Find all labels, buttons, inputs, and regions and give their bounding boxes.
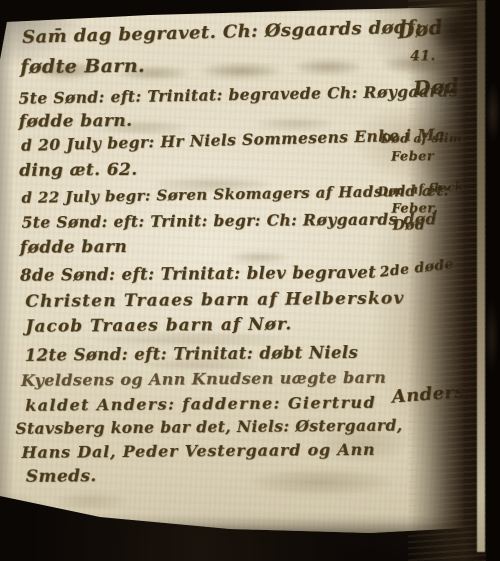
corner-stain [430, 6, 482, 56]
manuscript-line: 5te Sønd: eft: Trinitat: begravede Ch: R… [18, 81, 458, 108]
paper-bottom-shadow [0, 515, 474, 555]
manuscript-line: Stavsberg kone bar det, Niels: Østergaar… [15, 416, 402, 438]
manuscript-line: 5te Sønd: eft: Trinit: begr: Ch: Røygaar… [21, 209, 436, 232]
manuscript-line: ding æt. 62. [19, 160, 138, 181]
manuscript-line: fødde barn [20, 237, 128, 258]
handwriting-layer: Sam̄ dag begravet. Ch: Øsgaards dødf: fø… [0, 0, 476, 547]
manuscript-line: Kyeldsens og Ann Knudsen uægte barn [21, 368, 386, 390]
manuscript-line: Sam̄ dag begravet. Ch: Øsgaards dødf: [22, 16, 423, 47]
manuscript-line: kaldet Anders: fadderne: Giertrud [25, 393, 376, 415]
photo-border-right [486, 0, 500, 561]
manuscript-line: fødde barn. [19, 111, 133, 132]
manuscript-line: 12te Sønd: eft: Trinitat: døbt Niels [25, 343, 359, 365]
manuscript-line: fødte Barn. [20, 55, 145, 78]
manuscript-line: Hans Dal, Peder Vestergaard og Ann [21, 440, 375, 462]
manuscript-page: Sam̄ dag begravet. Ch: Øsgaards dødf: fø… [0, 0, 474, 545]
manuscript-line: 8de Sønd: eft: Trinitat: blev begravet [20, 263, 376, 285]
manuscript-line: Christen Traaes barn af Helberskov [25, 289, 404, 312]
manuscript-line: Jacob Traaes barn af Nør. [25, 315, 292, 337]
page-edge-highlight [477, 0, 485, 552]
manuscript-line: Smeds. [26, 466, 97, 487]
photo-frame: Sam̄ dag begravet. Ch: Øsgaards dødf: fø… [0, 0, 500, 561]
